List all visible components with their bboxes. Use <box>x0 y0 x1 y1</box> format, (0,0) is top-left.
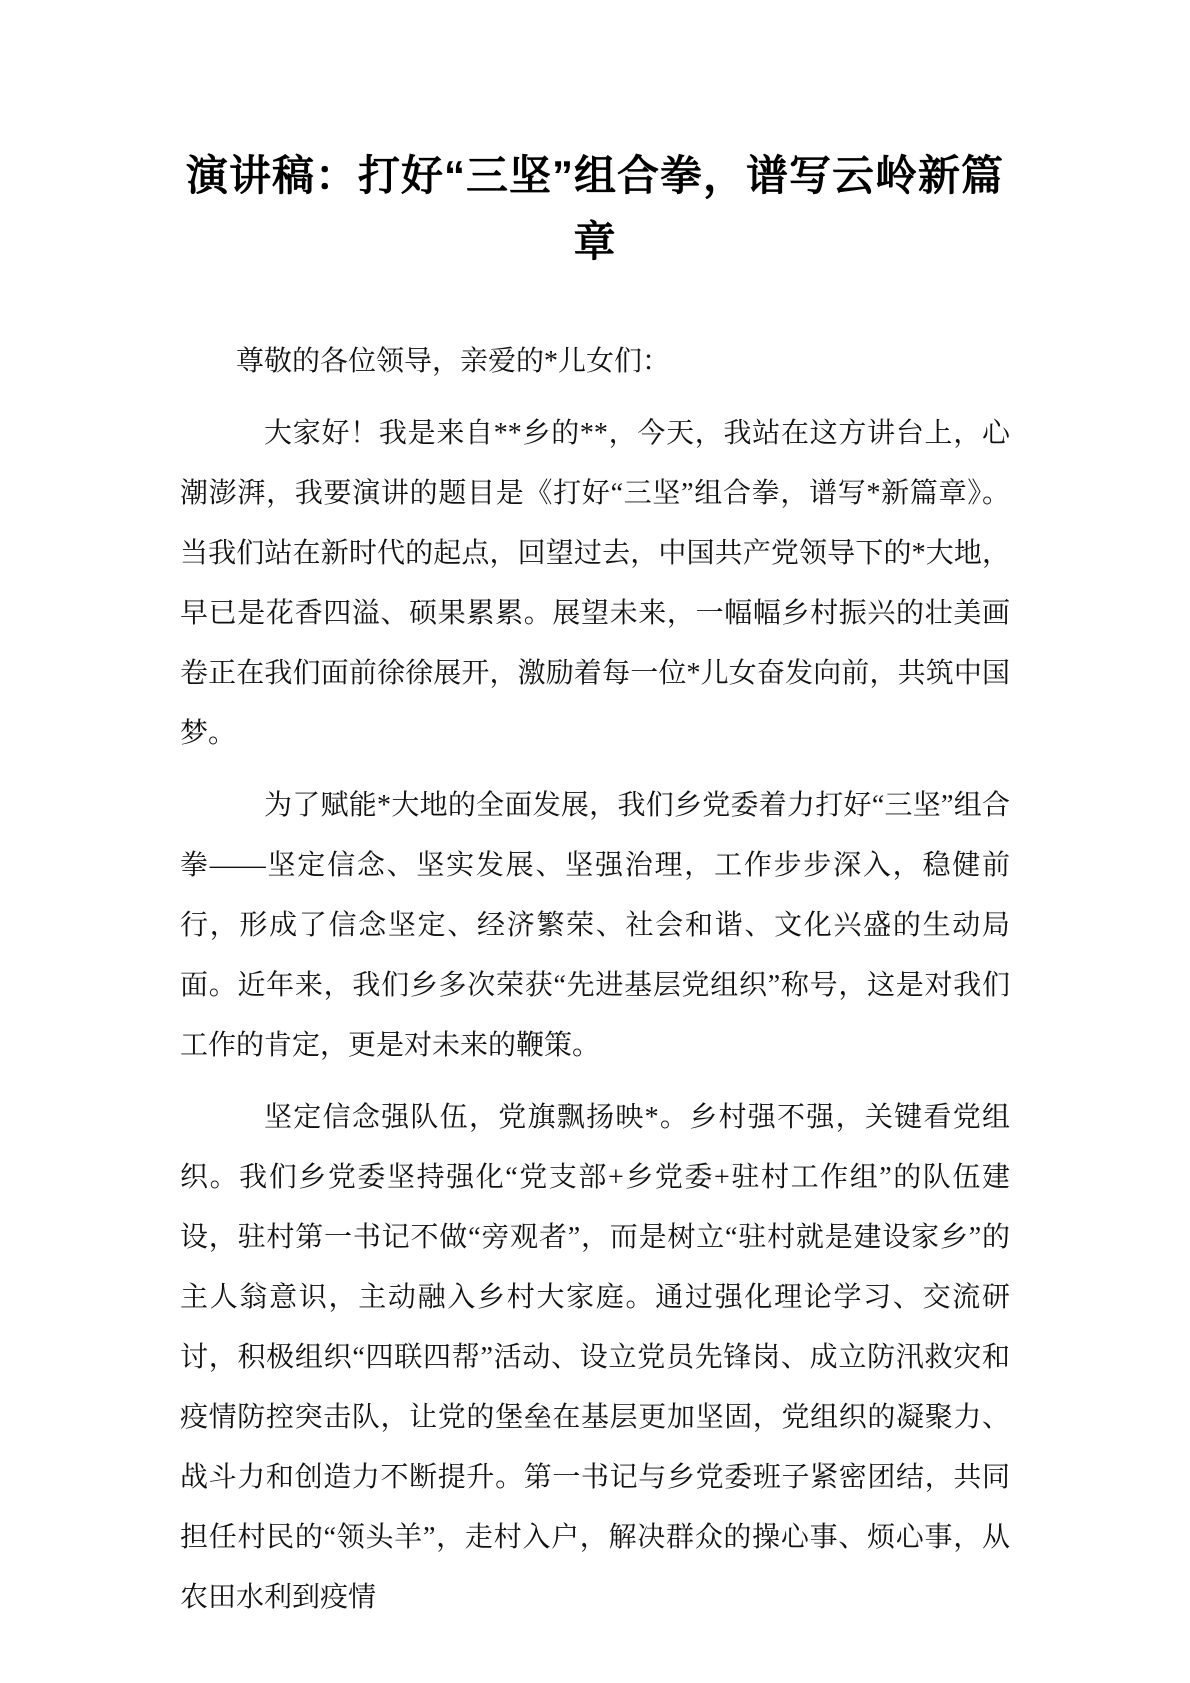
body-paragraph-intro: 大家好！我是来自**乡的**，今天，我站在这方讲台上，心潮澎湃，我要演讲的题目是… <box>180 404 1010 764</box>
document-page: 演讲稿：打好“三坚”组合拳，谱写云岭新篇章 尊敬的各位领导，亲爱的*儿女们： 大… <box>0 0 1190 1683</box>
document-title: 演讲稿：打好“三坚”组合拳，谱写云岭新篇章 <box>180 143 1010 275</box>
salutation-paragraph: 尊敬的各位领导，亲爱的*儿女们： <box>180 332 1010 392</box>
document-body: 尊敬的各位领导，亲爱的*儿女们： 大家好！我是来自**乡的**，今天，我站在这方… <box>180 332 1010 1628</box>
body-paragraph-three-jian: 为了赋能*大地的全面发展，我们乡党委着力打好“三坚”组合拳——坚定信念、坚实发展… <box>180 776 1010 1076</box>
body-paragraph-party-building: 坚定信念强队伍，党旗飘扬映*。乡村强不强，关键看党组织。我们乡党委坚持强化“党支… <box>180 1088 1010 1628</box>
